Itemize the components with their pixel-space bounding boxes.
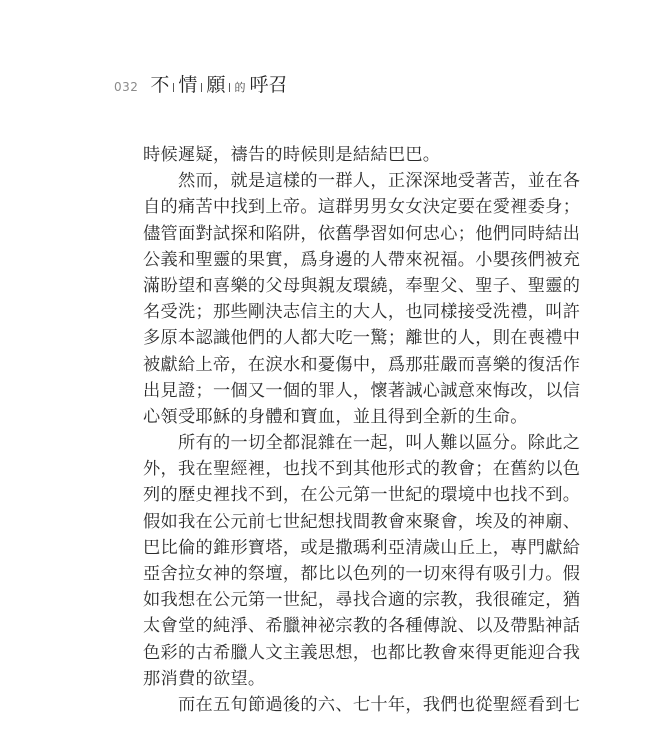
text-line: 如我想在公元第一世紀，尋找合適的宗教，我很確定，猶 (143, 587, 503, 613)
text-line: 出見證；一個又一個的罪人，懷著誠心誠意來悔改，以信 (143, 378, 503, 404)
title-separator (173, 83, 174, 92)
text-line: 多原本認識他們的人都大吃一驚；離世的人，則在喪禮中 (143, 325, 503, 351)
page-number: 032 (114, 80, 138, 94)
title-char-4: 的 (234, 79, 245, 95)
text-line: 而在五旬節過後的六、七十年，我們也從聖經看到七 (143, 692, 503, 718)
text-line: 滿盼望和喜樂的父母與親友環繞，奉聖父、聖子、聖靈的 (143, 273, 503, 299)
text-line: 所有的一切全都混雜在一起，叫人難以區分。除此之 (143, 430, 503, 456)
text-line: 心領受耶穌的身體和寶血，並且得到全新的生命。 (143, 404, 503, 430)
text-line: 儘管面對試探和陷阱，依舊學習如何忠心；他們同時結出 (143, 221, 503, 247)
text-line: 然而，就是這樣的一群人，正深深地受著苦，並在各 (143, 168, 503, 194)
text-line: 太會堂的純淨、希臘神祕宗教的各種傳說、以及帶點神話 (143, 613, 503, 639)
text-line: 外，我在聖經裡，也找不到其他形式的教會；在舊約以色 (143, 456, 503, 482)
body-text: 時候遲疑，禱告的時候則是結結巴巴。然而，就是這樣的一群人，正深深地受著苦，並在各… (143, 142, 503, 718)
text-line: 色彩的古希臘人文主義思想，也都比教會來得更能迎合我 (143, 640, 503, 666)
title-separator (229, 83, 230, 92)
text-line: 假如我在公元前七世紀想找間教會來聚會，埃及的神廟、 (143, 509, 503, 535)
text-line: 名受洗；那些剛決志信主的大人，也同樣接受洗禮，叫許 (143, 299, 503, 325)
text-line: 自的痛苦中找到上帝。這群男男女女決定要在愛裡委身； (143, 194, 503, 220)
title-char-3: 願 (206, 70, 225, 97)
text-line: 公義和聖靈的果實，爲身邊的人帶來祝福。小嬰孩們被充 (143, 247, 503, 273)
text-line: 被獻給上帝，在淚水和憂傷中，爲那莊嚴而喜樂的復活作 (143, 352, 503, 378)
text-line: 那消費的欲望。 (143, 666, 503, 692)
title-separator (201, 83, 202, 92)
title-char-1: 不 (150, 70, 169, 97)
title-char-2: 情 (178, 70, 197, 97)
book-title: 不 情 願 的 呼召 (150, 70, 287, 97)
text-line: 巴比倫的錐形寶塔，或是撒瑪利亞清歲山丘上，專門獻給 (143, 535, 503, 561)
text-line: 列的歷史裡找不到，在公元第一世紀的環境中也找不到。 (143, 482, 503, 508)
text-line: 亞舍拉女神的祭壇，都比以色列的一切來得有吸引力。假 (143, 561, 503, 587)
text-line: 時候遲疑，禱告的時候則是結結巴巴。 (143, 142, 503, 168)
running-header: 032 不 情 願 的 呼召 (114, 70, 287, 98)
title-char-5: 呼召 (249, 70, 287, 97)
